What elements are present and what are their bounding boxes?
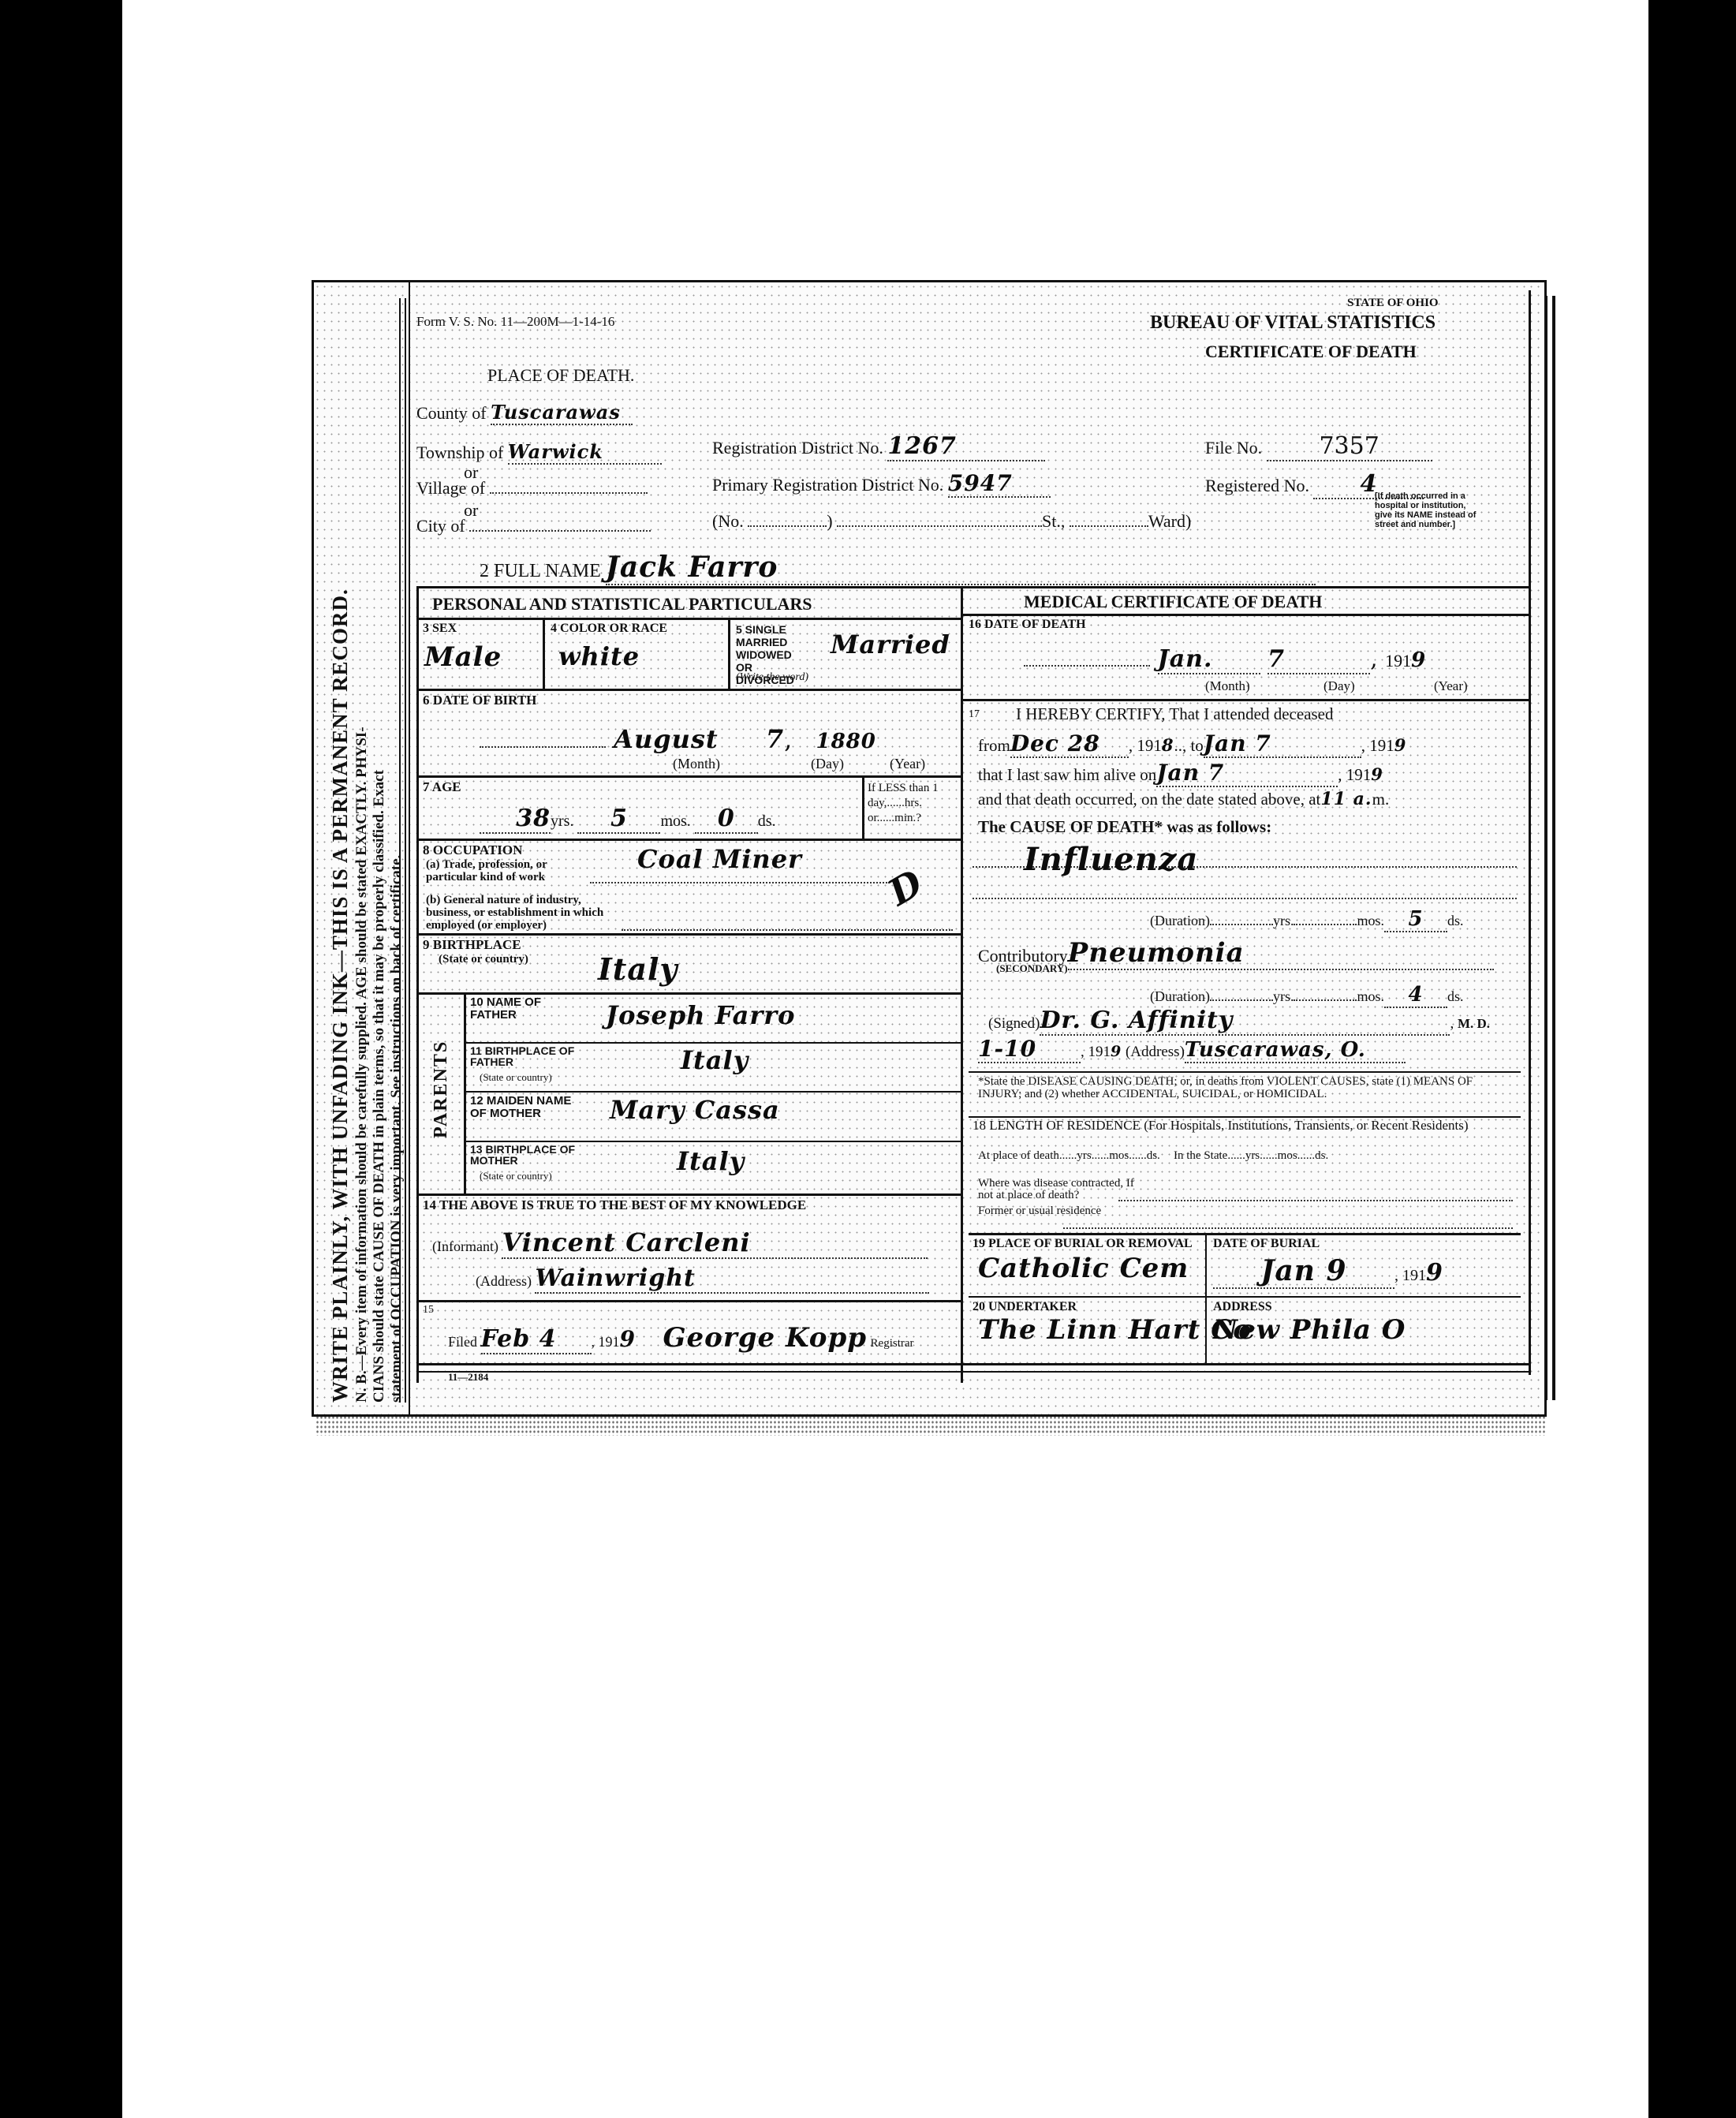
birthplace-label: 9 BIRTHPLACE (423, 937, 521, 953)
last-saw-value: Jan 7 (1156, 760, 1338, 787)
registered-number-label: Registered No. (1205, 476, 1309, 495)
occupation-a-line (590, 882, 890, 883)
cause-footnote: *State the DISEASE CAUSING DEATH; or, in… (978, 1075, 1514, 1100)
township-label: Township of (416, 443, 503, 462)
informant-value: Vincent Carcleni (502, 1227, 928, 1259)
file-number-value: 7357 (1267, 432, 1432, 461)
ward-line (1070, 525, 1148, 527)
street-line (837, 525, 1042, 527)
to-label: to (1190, 736, 1203, 755)
registration-district-field: Registration District No. 1267 (712, 432, 1045, 461)
medical-heading: MEDICAL CERTIFICATE OF DEATH (1024, 592, 1322, 612)
duration-label: (Duration) (1150, 913, 1210, 928)
margin-note-2: CIANS should state CAUSE OF DEATH in pla… (371, 770, 388, 1403)
village-field: Village of (416, 478, 648, 499)
rule (862, 775, 864, 839)
rule (464, 992, 466, 1193)
county-value: Tuscarawas (491, 401, 633, 425)
father-name-value: Joseph Farro (606, 1000, 795, 1030)
physician-signature: Dr. G. Affinity (1040, 1007, 1450, 1036)
physician-address-label: (Address) (1126, 1044, 1185, 1060)
filed-number: 15 (423, 1304, 434, 1317)
physician-address: Tuscarawas, O. (1185, 1038, 1406, 1063)
contributory-value: Pneumonia (1068, 937, 1494, 970)
margin-warning: WRITE PLAINLY, WITH UNFADING INK—THIS IS… (328, 588, 353, 1403)
day-caption-2: (Day) (1323, 678, 1355, 694)
burial-place-value: Catholic Cem (978, 1253, 1189, 1284)
dob-label: 6 DATE OF BIRTH (423, 693, 536, 708)
duration-label-2: (Duration) (1150, 988, 1210, 1004)
scan-margin-left (0, 0, 122, 2118)
month-caption: (Month) (673, 756, 720, 772)
last-saw-year-prefix: 191 (1346, 765, 1372, 784)
city-value-line (469, 530, 651, 532)
cause-line-2 (973, 898, 1517, 899)
occupation-b-line (622, 929, 953, 931)
ds-unit: ds. (758, 812, 776, 830)
city-field: City of (416, 516, 651, 536)
rule (543, 618, 545, 689)
age-months: 5 (577, 805, 660, 834)
footer-code: 11—2184 (448, 1371, 488, 1384)
section-rule (416, 586, 1529, 588)
rule (416, 933, 961, 936)
file-number-field: File No. 7357 (1205, 432, 1432, 461)
month-caption-2: (Month) (1205, 678, 1250, 694)
mother-birthplace-label: 13 BIRTHPLACE OF MOTHER (470, 1144, 581, 1166)
full-name-label: 2 FULL NAME (480, 561, 601, 581)
dod-lead-line (1024, 665, 1150, 667)
dob-field: August 7, 1880 (480, 724, 876, 754)
signed-year-suffix: 9 (1111, 1043, 1122, 1060)
street-no-line (748, 525, 827, 527)
occupation-mark: D (881, 861, 930, 913)
township-field: Township of Warwick (416, 440, 662, 465)
death-year-prefix: 191 (1385, 651, 1411, 671)
occupation-label: 8 OCCUPATION (423, 842, 522, 858)
paper-edge (1552, 296, 1555, 1400)
cdur-mos: mos. (1357, 988, 1384, 1004)
occupation-a-value: Coal Miner (637, 844, 802, 874)
sex-label: 3 SEX (423, 622, 457, 636)
registrar-label: Registrar (871, 1337, 914, 1350)
contracted-label: Where was disease contracted, If not at … (978, 1178, 1152, 1201)
burial-year-suffix: 9 (1426, 1259, 1443, 1287)
race-label: 4 COLOR OR RACE (551, 622, 667, 636)
less-than-label: If LESS than 1 day,......hrs. or......mi… (868, 781, 958, 826)
registration-district-label: Registration District No. (712, 438, 883, 458)
dob-day: 7 (766, 724, 784, 754)
signed-year-prefix: 191 (1088, 1044, 1111, 1060)
rule (969, 1296, 1521, 1298)
father-birthplace-label: 11 BIRTHPLACE OF FATHER (470, 1045, 581, 1067)
township-value: Warwick (508, 440, 662, 465)
attended-dates: fromDec 28, 1918.., toJan 7, 1919 (978, 730, 1406, 758)
cdur-ds: ds. (1447, 988, 1464, 1004)
contributory-duration-field: (Duration)yrs.mos.4ds. (1150, 983, 1464, 1008)
secondary-label: (SECONDARY) (996, 962, 1068, 975)
rule (416, 1371, 1529, 1373)
bureau-title: BUREAU OF VITAL STATISTICS (1150, 312, 1435, 334)
age-label: 7 AGE (423, 779, 461, 795)
day-caption: (Day) (811, 756, 844, 772)
birthplace-sub: (State or country) (439, 953, 528, 966)
from-year-suffix: 8 (1162, 735, 1174, 755)
margin-note-1: N. B.—Every item of information should b… (353, 727, 371, 1403)
last-saw-year-suffix: 9 (1371, 764, 1383, 784)
filed-year-suffix: 9 (620, 1326, 636, 1352)
dob-year: 1880 (816, 730, 875, 753)
informant-heading: 14 THE ABOVE IS TRUE TO THE BEST OF MY K… (423, 1197, 806, 1213)
burial-place-label: 19 PLACE OF BURIAL OR REMOVAL (973, 1237, 1193, 1251)
undertaker-value: The Linn Hart Co (978, 1314, 1252, 1346)
informant-address-label: (Address) (476, 1273, 532, 1289)
dur-mos-line (1294, 924, 1357, 925)
dob-month: August (614, 724, 719, 754)
form-left-rule (416, 586, 419, 1383)
from-label: from (978, 736, 1010, 755)
rule (963, 614, 1529, 616)
city-label: City of (416, 516, 465, 536)
dur-mos: mos. (1357, 913, 1384, 928)
filed-date: Feb 4 (481, 1325, 592, 1354)
sex-value: Male (424, 641, 502, 673)
rule (416, 1363, 1529, 1365)
marital-note: (Write the word) (736, 671, 808, 684)
cdur-yrs-line (1210, 999, 1273, 1001)
in-state-label: In the State......yrs......mos......ds. (1174, 1150, 1505, 1162)
signed-date: 1-10 (978, 1036, 1081, 1063)
cause-value: Influenza (1024, 841, 1198, 878)
filed-label: Filed (448, 1334, 477, 1350)
rule (416, 775, 961, 778)
dur-ds: ds. (1447, 913, 1464, 928)
primary-district-value: 5947 (948, 470, 1051, 498)
date-of-death-field: Jan. 7, 1919 (1024, 645, 1426, 674)
margin-rule (399, 298, 406, 1403)
mother-name-value: Mary Cassa (610, 1095, 780, 1125)
death-month: Jan. (1158, 645, 1260, 674)
rule (416, 992, 961, 995)
age-field: 38yrs. 5mos. 0ds. (480, 805, 776, 834)
year-caption: (Year) (890, 756, 925, 772)
death-time-suffix: m. (1372, 790, 1390, 809)
age-years: 38 (480, 805, 551, 834)
year-caption-2: (Year) (1434, 678, 1468, 694)
mother-birthplace-sub: (State or country) (480, 1170, 552, 1182)
instruction-margin: WRITE PLAINLY, WITH UNFADING INK—THIS IS… (314, 282, 410, 1414)
burial-date-label: DATE OF BURIAL (1213, 1237, 1320, 1251)
rule (464, 1141, 961, 1142)
scan-margin-right (1648, 0, 1736, 2118)
village-label: Village of (416, 478, 485, 498)
last-saw-field: that I last saw him alive onJan 7, 1919 (978, 760, 1383, 787)
informant-label: (Informant) (432, 1238, 498, 1254)
street-field: (No. ) St., Ward) (712, 511, 1191, 532)
father-birthplace-sub: (State or country) (480, 1071, 552, 1084)
mother-name-label: 12 MAIDEN NAME OF MOTHER (470, 1095, 588, 1120)
form-body: Form V. S. No. 11—200M—1-14-16 STATE OF … (416, 282, 1544, 1414)
personal-heading: PERSONAL AND STATISTICAL PARTICULARS (432, 594, 812, 614)
father-name-label: 10 NAME OF FATHER (470, 996, 581, 1022)
state-label: STATE OF OHIO (1347, 297, 1439, 310)
residence-label: 18 LENGTH OF RESIDENCE (For Hospitals, I… (973, 1119, 1517, 1133)
occupation-a-label: (a) Trade, profession, or particular kin… (426, 858, 584, 883)
registrar-signature: George Kopp (663, 1322, 868, 1354)
race-value: white (558, 641, 640, 671)
father-birthplace-value: Italy (681, 1045, 749, 1075)
age-days: 0 (695, 805, 758, 834)
certify-number: 17 (969, 708, 980, 721)
form-right-rule (1529, 290, 1531, 1375)
street-suffix: St., (1042, 511, 1065, 531)
from-year-prefix: 191 (1137, 736, 1162, 755)
column-divider (961, 586, 963, 1383)
rule (416, 618, 961, 620)
date-of-death-label: 16 DATE OF DEATH (969, 618, 1086, 632)
former-residence-label: Former or usual residence (978, 1205, 1136, 1217)
md-label: M. D. (1458, 1016, 1490, 1031)
primary-district-field: Primary Registration District No. 5947 (712, 470, 1051, 498)
death-certificate: WRITE PLAINLY, WITH UNFADING INK—THIS IS… (312, 280, 1547, 1417)
signed-field: (Signed)Dr. G. Affinity, M. D. (988, 1007, 1490, 1036)
marital-value: Married (831, 629, 950, 659)
to-year-prefix: 191 (1369, 736, 1394, 755)
informant-address-value: Wainwright (535, 1264, 929, 1294)
full-name-value: Jack Farro (606, 551, 1316, 585)
certificate-title: CERTIFICATE OF DEATH (1205, 342, 1417, 362)
rule (728, 618, 730, 689)
death-time-field: and that death occurred, on the date sta… (978, 789, 1389, 809)
former-residence-line (1063, 1227, 1513, 1229)
parents-label: PARENTS (431, 1040, 452, 1138)
rule (963, 699, 1529, 701)
from-value: Dec 28 (1010, 730, 1129, 758)
death-day: 7 (1267, 645, 1370, 674)
cdur-mos-line (1294, 999, 1357, 1001)
filed-year-prefix: 191 (599, 1334, 620, 1350)
undertaker-label: 20 UNDERTAKER (973, 1300, 1077, 1314)
death-year-suffix: 9 (1411, 648, 1426, 672)
county-field: County of Tuscarawas (416, 401, 633, 425)
contributory-duration-days: 4 (1384, 983, 1447, 1008)
yrs-unit: yrs. (551, 812, 573, 830)
dob-lead-line (480, 746, 606, 748)
place-of-death-heading: PLACE OF DEATH. (487, 365, 634, 386)
death-time-label: and that death occurred, on the date sta… (978, 790, 1320, 809)
street-label: (No. (712, 511, 744, 531)
cause-label: The CAUSE OF DEATH* was as follows: (978, 817, 1271, 837)
primary-district-label: Primary Registration District No. (712, 475, 943, 495)
ward-label: Ward) (1148, 511, 1191, 531)
rule (416, 689, 961, 691)
to-year-suffix: 9 (1394, 735, 1407, 755)
undertaker-address-value: New Phila O (1213, 1314, 1406, 1346)
cdur-yrs: yrs. (1273, 988, 1294, 1004)
file-number-label: File No. (1205, 438, 1262, 458)
at-place-label: At place of death......yrs......mos.....… (978, 1150, 1167, 1162)
mother-birthplace-value: Italy (677, 1146, 745, 1176)
burial-date-value: Jan 9 (1213, 1254, 1394, 1289)
dur-yrs-line (1210, 924, 1273, 925)
signed-label: (Signed) (988, 1015, 1040, 1032)
rule (416, 1300, 961, 1302)
registration-district-value: 1267 (887, 432, 1045, 461)
cause-duration-field: (Duration)yrs.mos.5ds. (1150, 907, 1464, 932)
contracted-line (1118, 1200, 1513, 1201)
birthplace-value: Italy (598, 951, 678, 987)
hospital-note: [If death occurred in a hospital or inst… (1375, 491, 1485, 529)
rule (416, 839, 961, 841)
village-value-line (490, 492, 648, 494)
rule (464, 1042, 961, 1044)
signed-date-field: 1-10, 1919 (Address)Tuscarawas, O. (978, 1036, 1406, 1063)
full-name-field: 2 FULL NAME Jack Farro (480, 551, 1316, 585)
rule (969, 1233, 1521, 1235)
cause-duration-days: 5 (1384, 907, 1447, 932)
occupation-b-label: (b) General nature of industry, business… (426, 894, 615, 932)
filed-field: Filed Feb 4, 1919 George Kopp Registrar (448, 1322, 914, 1354)
last-saw-label: that I last saw him alive on (978, 765, 1156, 784)
undertaker-address-label: ADDRESS (1213, 1300, 1272, 1314)
burial-year-prefix: 191 (1402, 1267, 1426, 1284)
to-value: Jan 7 (1204, 730, 1361, 758)
rule (416, 1193, 961, 1196)
informant-field: (Informant) Vincent Carcleni (432, 1227, 928, 1259)
death-time-value: 11 a. (1320, 789, 1372, 809)
burial-date-field: Jan 9, 1919 (1213, 1254, 1443, 1289)
rule (969, 1071, 1521, 1073)
form-number: Form V. S. No. 11—200M—1-14-16 (416, 314, 614, 330)
dur-yrs: yrs. (1273, 913, 1294, 928)
informant-address-field: (Address) Wainwright (476, 1264, 929, 1294)
rule (464, 1091, 961, 1093)
certify-text: I HEREBY CERTIFY, That I attended deceas… (1016, 704, 1334, 724)
mos-unit: mos. (660, 812, 690, 830)
county-label: County of (416, 403, 487, 423)
